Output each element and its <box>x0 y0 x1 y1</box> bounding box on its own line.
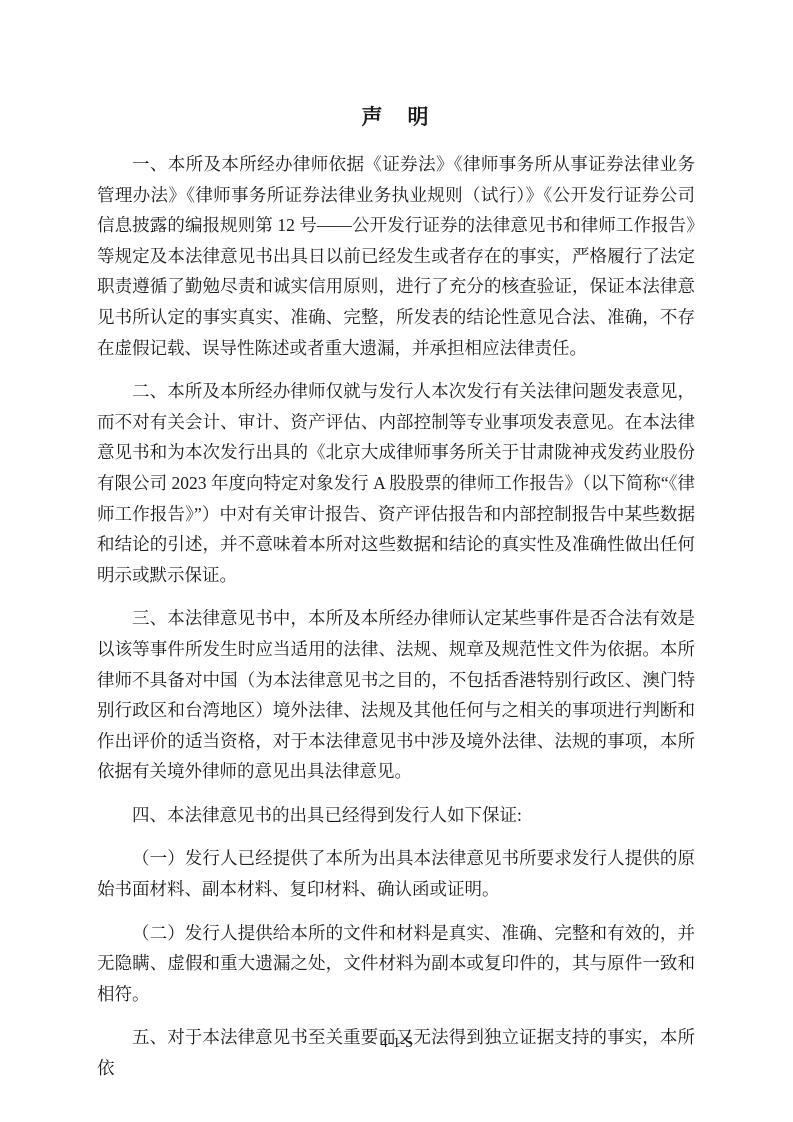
document-title: 声 明 <box>97 102 695 132</box>
page-footer: 4-1-5 <box>0 1033 793 1053</box>
document-page: 声 明 一、本所及本所经办律师依据《证券法》《律师事务所从事证券法律业务管理办法… <box>0 0 793 1122</box>
paragraph: 三、本法律意见书中，本所及本所经办律师认定某些事件是否合法有效是以该等事件所发生… <box>97 603 695 787</box>
paragraph: 二、本所及本所经办律师仅就与发行人本次发行有关法律问题发表意见，而不对有关会计、… <box>97 376 695 590</box>
document-body: 一、本所及本所经办律师依据《证券法》《律师事务所从事证券法律业务管理办法》《律师… <box>97 149 695 1084</box>
paragraph: 五、对于本法律意见书至关重要而又无法得到独立证据支持的事实，本所依 <box>97 1022 695 1083</box>
page-number: 4-1-5 <box>380 1035 413 1051</box>
paragraph: 四、本法律意见书的出具已经得到发行人如下保证: <box>97 800 695 831</box>
paragraph: （一）发行人已经提供了本所为出具本法律意见书所要求发行人提供的原始书面材料、副本… <box>97 843 695 904</box>
paragraph: 一、本所及本所经办律师依据《证券法》《律师事务所从事证券法律业务管理办法》《律师… <box>97 149 695 363</box>
document-content: 声 明 一、本所及本所经办律师依据《证券法》《律师事务所从事证券法律业务管理办法… <box>97 102 695 1084</box>
paragraph: （二）发行人提供给本所的文件和材料是真实、准确、完整和有效的，并无隐瞒、虚假和重… <box>97 918 695 1010</box>
